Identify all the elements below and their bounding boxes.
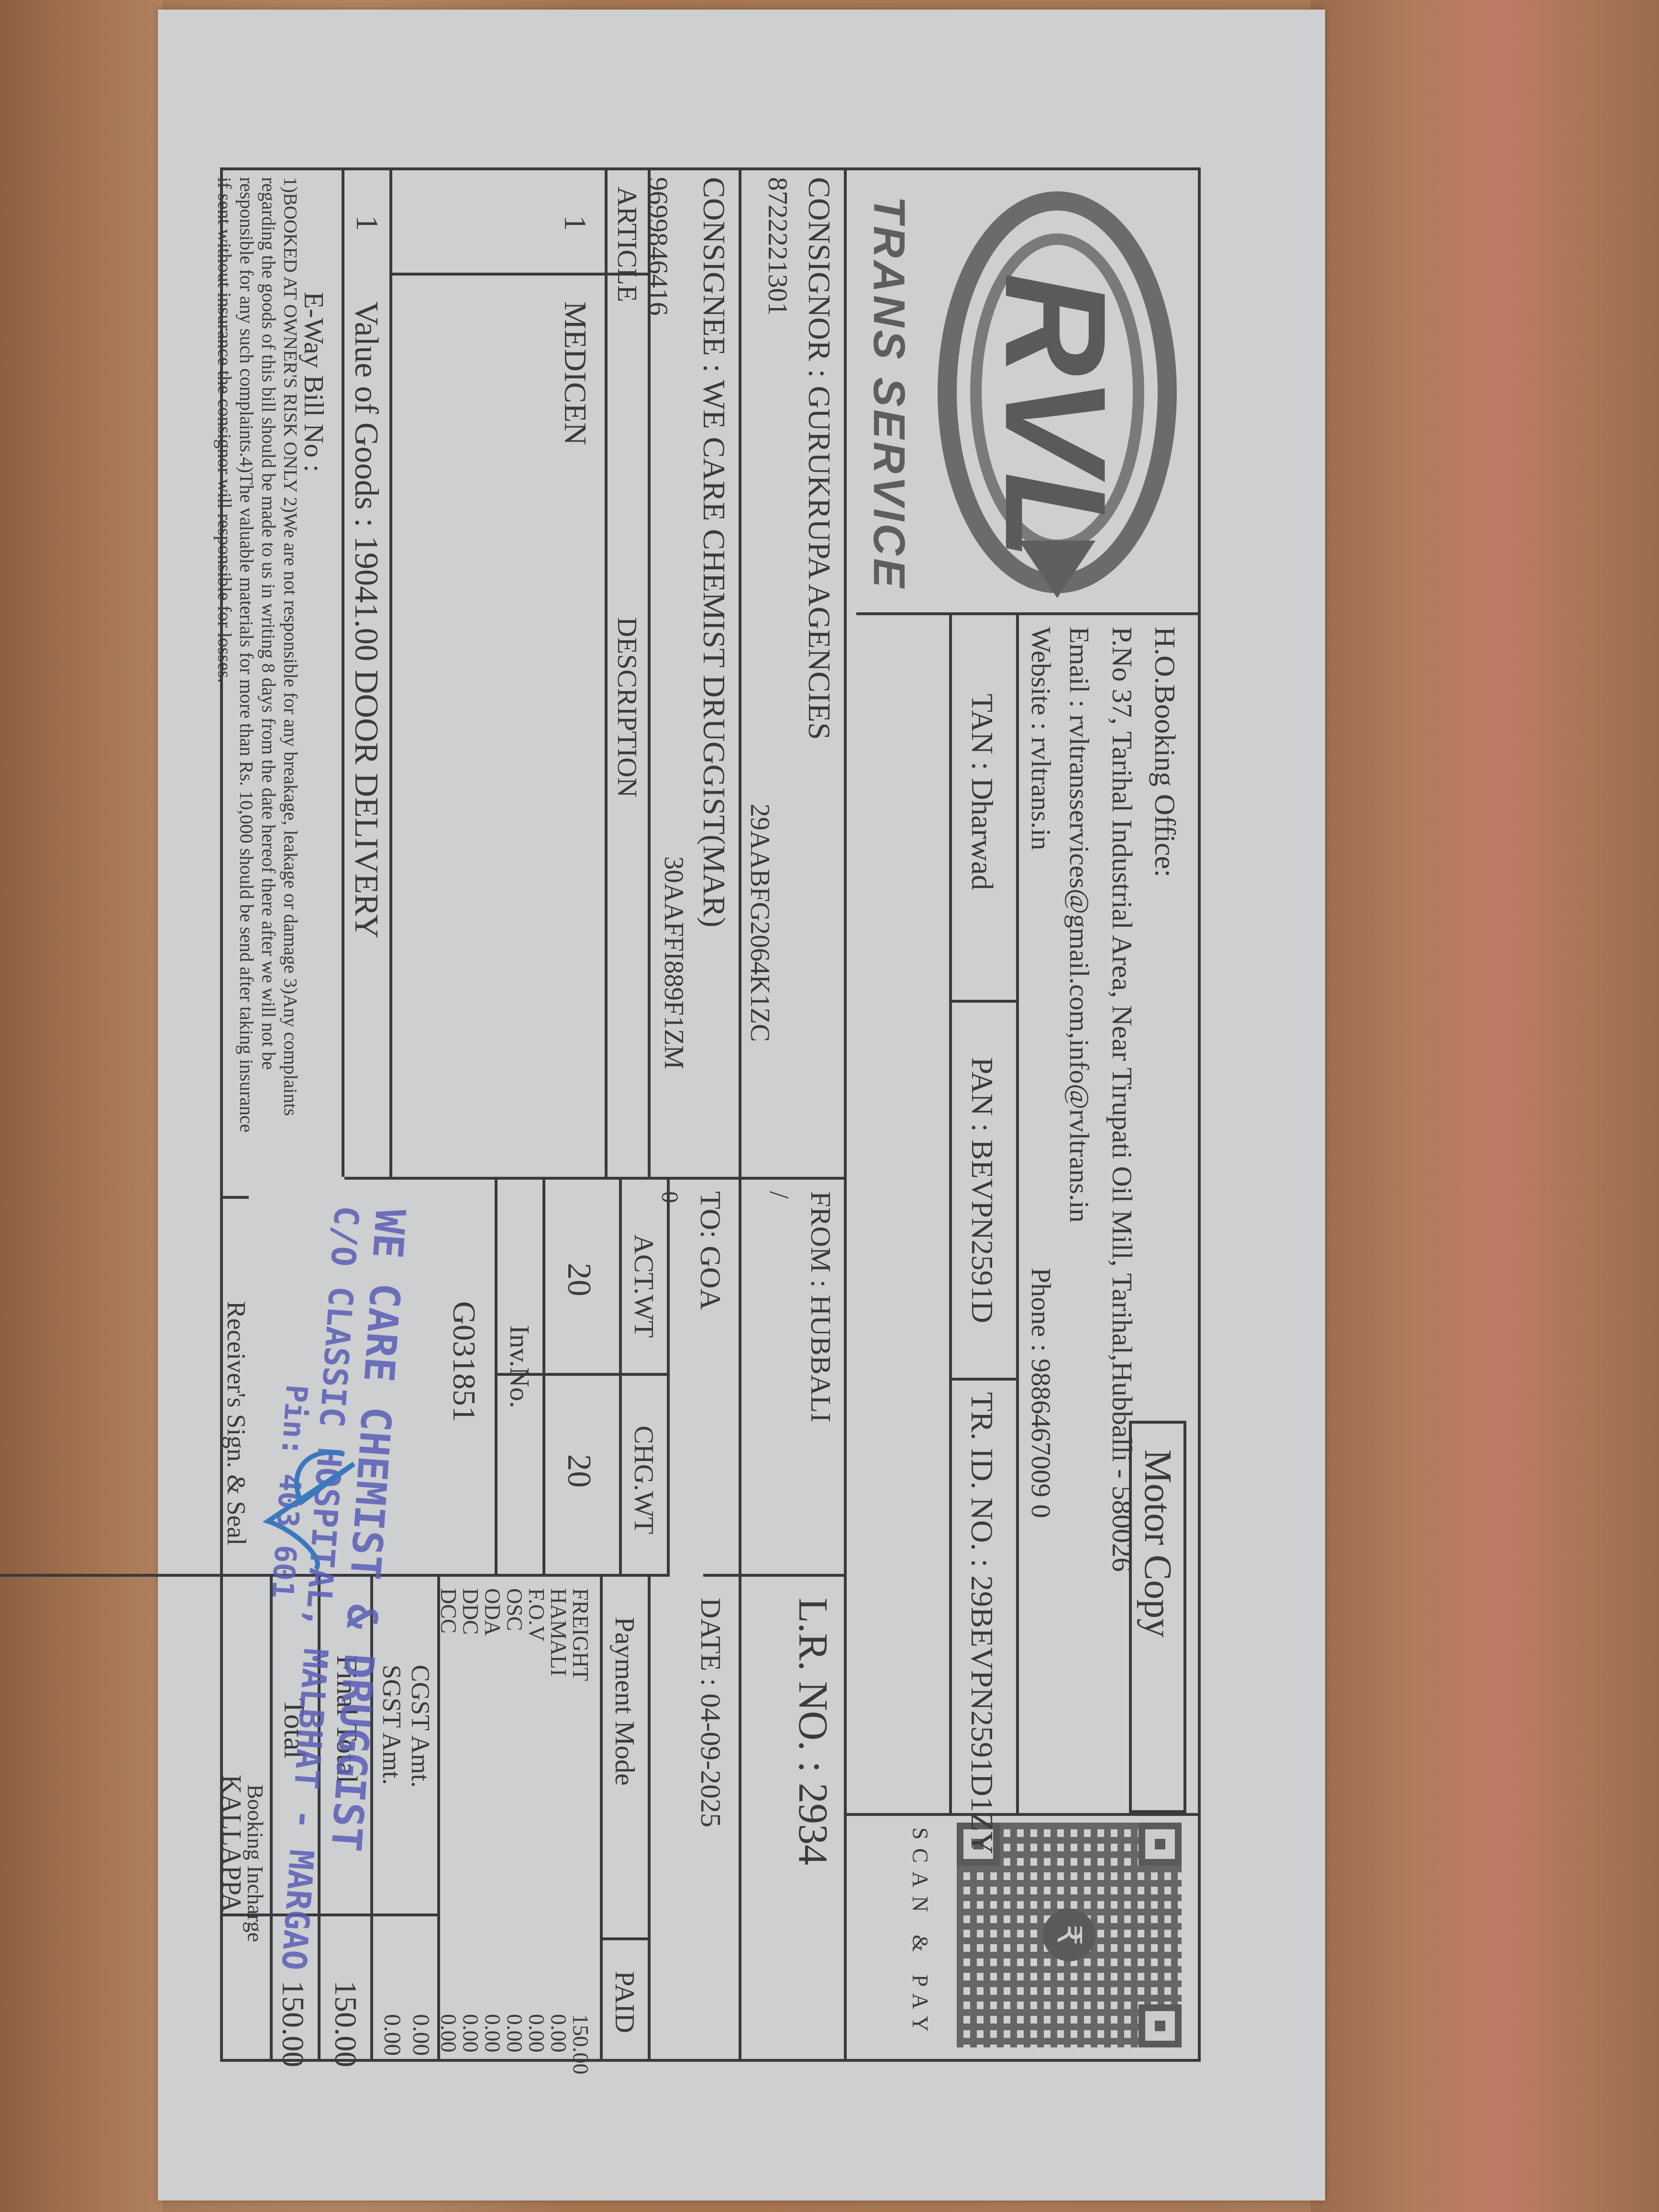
tr-id: TR. ID. NO. : 29BEVPN2591D1ZY: [963, 1392, 1000, 1854]
qr-caption: SCAN & PAY: [907, 1827, 933, 2040]
eway-bill-label: E-Way Bill No :: [298, 292, 330, 472]
receiver-sign-label: Receiver's Sign. & Seal: [221, 1301, 251, 1546]
charge-amount: 150.00: [568, 2014, 593, 2075]
charge-amount: 0.00: [436, 2014, 461, 2053]
office-website: Website : rvltrans.in: [1025, 627, 1057, 850]
consignor-name: CONSIGNOR : GURUKRUPA AGENCIES: [801, 177, 837, 740]
consignor-gstin: 29AABFG2064K1ZC: [744, 804, 775, 1042]
charge-amount: 0.00: [458, 2014, 483, 2053]
charge-label: FREIGHT: [568, 1588, 593, 1681]
payment-qr-code[interactable]: ₹: [957, 1823, 1182, 2047]
logo-subtitle: TRANS SERVICE: [863, 196, 914, 590]
description-header: DESCRIPTION: [611, 617, 643, 797]
article-count: 1: [557, 215, 593, 231]
charge-label: OSC: [502, 1588, 527, 1631]
lorry-receipt: RVL TRANS SERVICE H.O.Booking Office: P.…: [220, 167, 1201, 2062]
total-articles: 1: [349, 215, 385, 231]
charge-label: DCC: [436, 1588, 461, 1634]
actual-weight: 20: [560, 1263, 598, 1296]
company-logo: RVL TRANS SERVICE: [856, 177, 1191, 608]
office-phone: Phone : 98864670​09 0: [1025, 1268, 1057, 1518]
invoice-number: G031851: [445, 1301, 483, 1422]
terms-and-conditions: 1)BOOKED AT OWNER'S RISK ONLY 2)We are n…: [213, 177, 301, 1134]
article-header: ARTICLE: [611, 187, 643, 302]
charged-weight: 20: [560, 1454, 598, 1488]
office-label: H.O.Booking Office:: [1148, 627, 1182, 877]
booking-incharge-name: KALLAPPA: [216, 1775, 246, 1912]
from-location: FROM : HUBBALI: [804, 1191, 837, 1422]
charge-label: F.O.V: [524, 1588, 549, 1641]
office-email: Email : rvltransservices@gmail.com,info@…: [1063, 627, 1095, 1223]
charge-amount: 0.00: [502, 2014, 527, 2053]
logo-text: RVL: [973, 273, 1139, 560]
consignee-gstin: 30AAFFI889F1ZM: [658, 856, 689, 1069]
final-total-amount: 150.00: [327, 1980, 364, 2068]
payment-mode-label: Payment Mode: [609, 1617, 641, 1786]
act-wt-header: ACT.WT: [628, 1234, 660, 1338]
total-amount: 150.00: [275, 1980, 311, 2068]
invoice-label: Inv.No.: [504, 1325, 536, 1408]
cgst-amount: 0.00: [408, 2014, 435, 2056]
item-description: MEDICEN: [557, 301, 593, 445]
charge-amount: 0.00: [524, 2014, 549, 2053]
rupee-icon: ₹: [1043, 1909, 1095, 1961]
cgst-label: CGST Amt.: [406, 1665, 435, 1788]
receiver-signature: [254, 1435, 373, 1579]
wood-background-right: [1311, 0, 1659, 2212]
tan: TAN : Dharwad: [964, 694, 1000, 890]
consignee-name: CONSIGNEE : WE CARE CHEMIST DRUGGIST(MAR…: [696, 177, 732, 928]
sgst-label: SGST Amt.: [377, 1665, 407, 1785]
lr-date: DATE : 04-09-2025: [694, 1598, 727, 1827]
sgst-amount: 0.00: [379, 2014, 407, 2056]
to-location: TO: GOA: [693, 1191, 727, 1310]
pan: PAN : BEVPN2591D: [964, 1057, 1000, 1323]
charge-amount: 0.00: [546, 2014, 571, 2053]
charge-label: ODA: [480, 1588, 505, 1636]
charge-amount: 0.00: [480, 2014, 505, 2053]
consignor-phone: 8722221301: [762, 177, 794, 316]
from-extra: /: [763, 1191, 794, 1199]
wood-background-left: [0, 0, 163, 2212]
value-of-goods: Value of Goods : 19041.00 DOOR DELIVERY: [347, 301, 385, 939]
to-extra: 0: [656, 1191, 684, 1203]
incharge-divider: [270, 1574, 273, 2062]
copy-type: Motor Copy: [1136, 1449, 1179, 1637]
payment-mode-value: PAID: [609, 1971, 641, 2033]
lr-number: L.R. NO. : 2934: [789, 1598, 837, 1865]
charge-label: HAMALI: [546, 1588, 571, 1676]
chg-wt-header: CHG.WT: [628, 1426, 660, 1534]
charge-label: DDC: [458, 1588, 483, 1635]
